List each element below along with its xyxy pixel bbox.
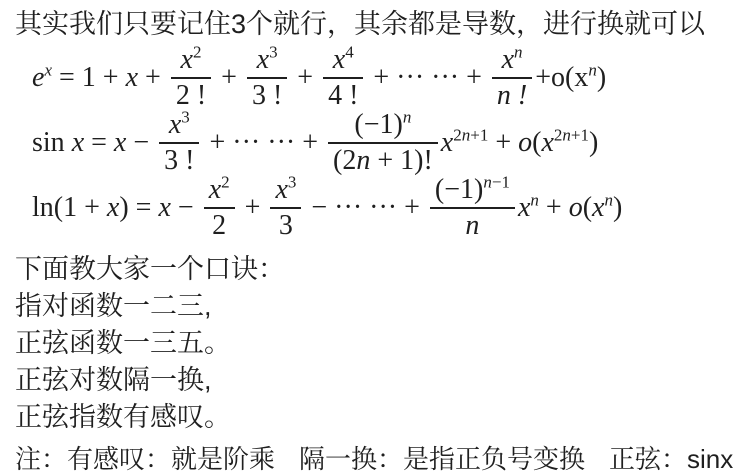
math-text: +1: [470, 125, 488, 144]
mnemonic-block: 下面教大家一个口诀： 指对函数一二三, 正弦函数一三五。 正弦对数隔一换, 正弦…: [0, 251, 744, 436]
math-var: x: [541, 127, 553, 158]
superscript: n: [604, 190, 613, 209]
intro-text: 其实我们只要记住3个就行，其余都是导数，进行换就可以: [0, 0, 744, 41]
math-var: x: [114, 127, 126, 158]
math-var: n: [462, 125, 471, 144]
fraction-denominator: 2 !: [171, 79, 211, 110]
math-text: ): [597, 62, 606, 93]
fraction-denominator: 3 !: [247, 79, 287, 110]
math-ellipsis: + ··· ··· +: [366, 62, 489, 94]
math-var: x: [209, 174, 221, 205]
fraction-numerator: (−1)n: [328, 110, 438, 143]
formula-sin: sin x = x − x3 3 ! + ··· ··· + (−1)n (2n…: [32, 110, 744, 175]
math-text: +1: [571, 125, 589, 144]
note-part-sine: 正弦：sinx: [609, 439, 733, 476]
mnemonic-line: 正弦对数隔一换,: [15, 362, 744, 399]
math-ellipsis: + ··· ··· +: [202, 127, 325, 159]
math-var: x: [333, 44, 345, 75]
math-text: (2: [333, 145, 356, 176]
math-operator: +: [488, 127, 518, 158]
fraction-denominator: (2n + 1)!: [328, 144, 438, 175]
fraction-denominator: n !: [492, 79, 532, 110]
math-text: +o(x: [535, 62, 588, 93]
superscript: 2n+1: [554, 125, 589, 144]
fraction: x4 4 !: [323, 45, 363, 110]
note-line: 注：有感叹：就是阶乘 隔一换：是指正负号变换 正弦：sinx: [0, 439, 744, 476]
math-token-tail: + o(x2n+1): [488, 127, 598, 159]
superscript: 4: [345, 43, 354, 62]
math-text: (: [583, 192, 592, 223]
math-token-power: x2n+1: [441, 127, 489, 159]
formula-block: ex = 1 + x + x2 2 ! + x3 3 ! + x4 4 ! + …: [0, 45, 744, 240]
superscript: 2: [193, 43, 202, 62]
math-operator: +: [214, 62, 244, 94]
fraction: x3 3: [270, 175, 301, 240]
math-operator: −: [171, 192, 201, 223]
mnemonic-line: 指对函数一二三,: [15, 288, 744, 325]
math-text: +: [138, 62, 168, 93]
math-token-lhs: ln(1 + x) = x −: [32, 192, 201, 224]
math-var: n: [483, 173, 492, 192]
superscript: n: [403, 108, 412, 127]
math-token-power: xn: [518, 192, 539, 224]
math-operator: +: [290, 62, 320, 94]
math-token-tail: +o(xn): [535, 62, 606, 94]
math-var: o: [518, 127, 532, 158]
math-text: (−1): [354, 109, 402, 140]
math-ellipsis: − ··· ··· +: [304, 192, 427, 224]
formula-exp: ex = 1 + x + x2 2 ! + x3 3 ! + x4 4 ! + …: [32, 45, 744, 110]
math-token: = 1 + x +: [52, 62, 168, 94]
math-var: x: [592, 192, 604, 223]
fraction: x2 2 !: [171, 45, 211, 110]
fraction-numerator: x4: [323, 45, 363, 78]
mnemonic-heading: 下面教大家一个口诀：: [15, 251, 744, 288]
note-part-factorial: 注：有感叹：就是阶乘: [15, 439, 275, 476]
math-text: = 1 +: [52, 62, 126, 93]
mnemonic-line: 正弦函数一三五。: [15, 325, 744, 362]
math-var: e: [32, 62, 44, 93]
superscript: 3: [269, 43, 278, 62]
math-text: + 1)!: [370, 145, 432, 176]
math-function: sin: [32, 127, 72, 158]
superscript: x: [44, 60, 52, 79]
superscript: 2: [221, 173, 230, 192]
fraction: (−1)n (2n + 1)!: [328, 110, 438, 175]
math-text: −1: [492, 173, 510, 192]
math-text: =: [84, 127, 114, 158]
math-var: x: [518, 192, 530, 223]
math-var: x: [169, 109, 181, 140]
fraction-denominator: 3 !: [159, 144, 199, 175]
math-var: x: [275, 174, 287, 205]
math-text: 2: [453, 125, 462, 144]
fraction: x3 3 !: [159, 110, 199, 175]
math-token-tail: + o(xn): [539, 192, 622, 224]
fraction-denominator: 3: [270, 209, 301, 240]
fraction-denominator: 4 !: [323, 79, 363, 110]
superscript: 2n+1: [453, 125, 488, 144]
fraction: xn n !: [492, 45, 532, 110]
fraction-denominator: n: [430, 209, 515, 240]
math-var: x: [502, 44, 514, 75]
superscript: n: [514, 43, 523, 62]
mnemonic-line: 正弦指数有感叹。: [15, 399, 744, 436]
fraction: x3 3 !: [247, 45, 287, 110]
math-var: x: [181, 44, 193, 75]
fraction-numerator: x3: [270, 175, 301, 208]
fraction-numerator: x3: [159, 110, 199, 143]
fraction-numerator: (−1)n−1: [430, 175, 515, 208]
fraction-numerator: x2: [204, 175, 235, 208]
math-text: ): [613, 192, 622, 223]
superscript: n−1: [483, 173, 510, 192]
math-operator: +: [238, 192, 268, 224]
fraction-denominator: 2: [204, 209, 235, 240]
fraction-numerator: x2: [171, 45, 211, 78]
math-var: x: [107, 192, 119, 223]
math-var: n: [562, 125, 571, 144]
fraction-numerator: xn: [492, 45, 532, 78]
superscript: 3: [181, 108, 190, 127]
superscript: n: [588, 60, 597, 79]
page: 其实我们只要记住3个就行，其余都是导数，进行换就可以 ex = 1 + x + …: [0, 0, 744, 476]
math-var: n: [356, 145, 370, 176]
math-text: ) =: [119, 192, 158, 223]
math-token-lhs: sin x = x −: [32, 127, 156, 159]
fraction: (−1)n−1 n: [430, 175, 515, 240]
math-text: ): [589, 127, 598, 158]
superscript: n: [530, 190, 539, 209]
math-token-lhs: ex: [32, 62, 52, 94]
math-var: o: [569, 192, 583, 223]
fraction-numerator: x3: [247, 45, 287, 78]
formula-ln: ln(1 + x) = x − x2 2 + x3 3 − ··· ··· + …: [32, 175, 744, 240]
math-operator: +: [539, 192, 569, 223]
math-var: x: [158, 192, 170, 223]
superscript: 3: [288, 173, 297, 192]
fraction: x2 2: [204, 175, 235, 240]
math-var: x: [441, 127, 453, 158]
math-var: x: [257, 44, 269, 75]
note-part-sign-swap: 隔一换：是指正负号变换: [299, 439, 585, 476]
math-function: ln(1 +: [32, 192, 107, 223]
math-operator: −: [126, 127, 156, 158]
math-var: x: [72, 127, 84, 158]
math-var: x: [126, 62, 138, 93]
math-text: (−1): [435, 174, 483, 205]
